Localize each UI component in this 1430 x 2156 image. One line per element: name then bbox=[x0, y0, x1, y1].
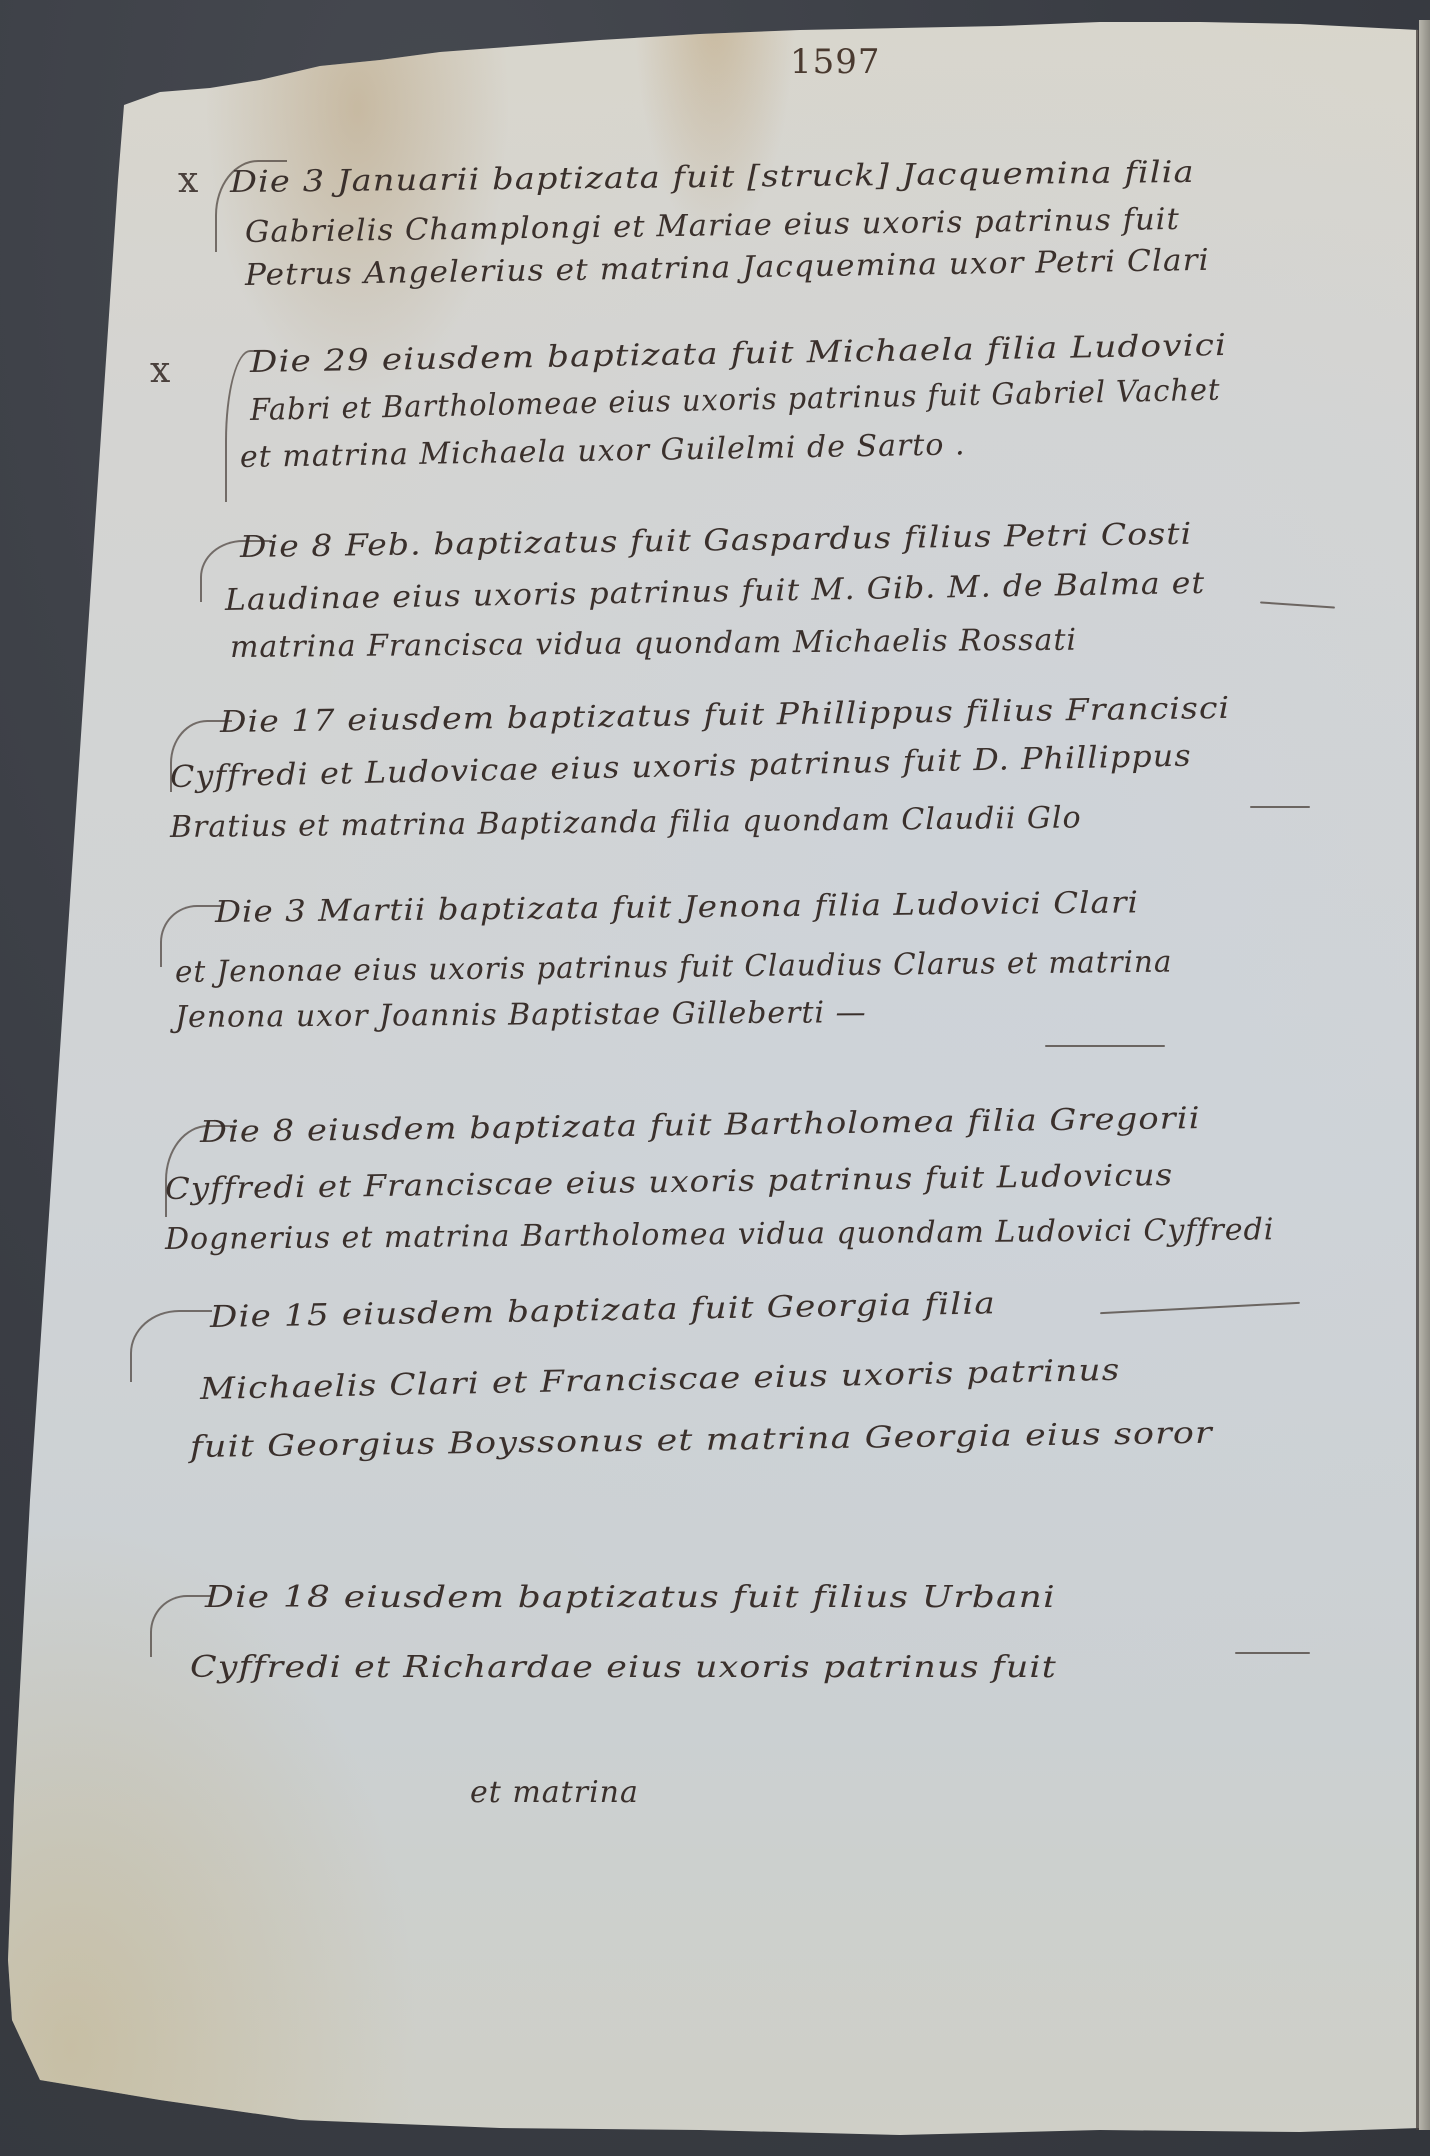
entry-line: et matrina bbox=[470, 1775, 639, 1810]
ink-rule bbox=[1045, 1045, 1165, 1047]
entry-line: Cyffredi et Richardae eius uxoris patrin… bbox=[190, 1650, 1057, 1685]
ink-rule bbox=[1250, 806, 1310, 808]
binding-edge bbox=[1419, 20, 1430, 2130]
entry-line: Jenona uxor Joannis Baptistae Gilleberti… bbox=[175, 995, 867, 1035]
ink-rule bbox=[1235, 1652, 1310, 1654]
margin-mark-cross: x bbox=[150, 350, 171, 391]
entry-line: Die 18 eiusdem baptizatus fuit filius Ur… bbox=[205, 1580, 1056, 1615]
spine-line bbox=[1416, 30, 1419, 2130]
margin-mark-cross: x bbox=[178, 160, 199, 201]
year-heading: 1597 bbox=[790, 42, 881, 82]
manuscript-page bbox=[0, 0, 1430, 2156]
entry-line: matrina Francisca vidua quondam Michaeli… bbox=[230, 623, 1077, 665]
